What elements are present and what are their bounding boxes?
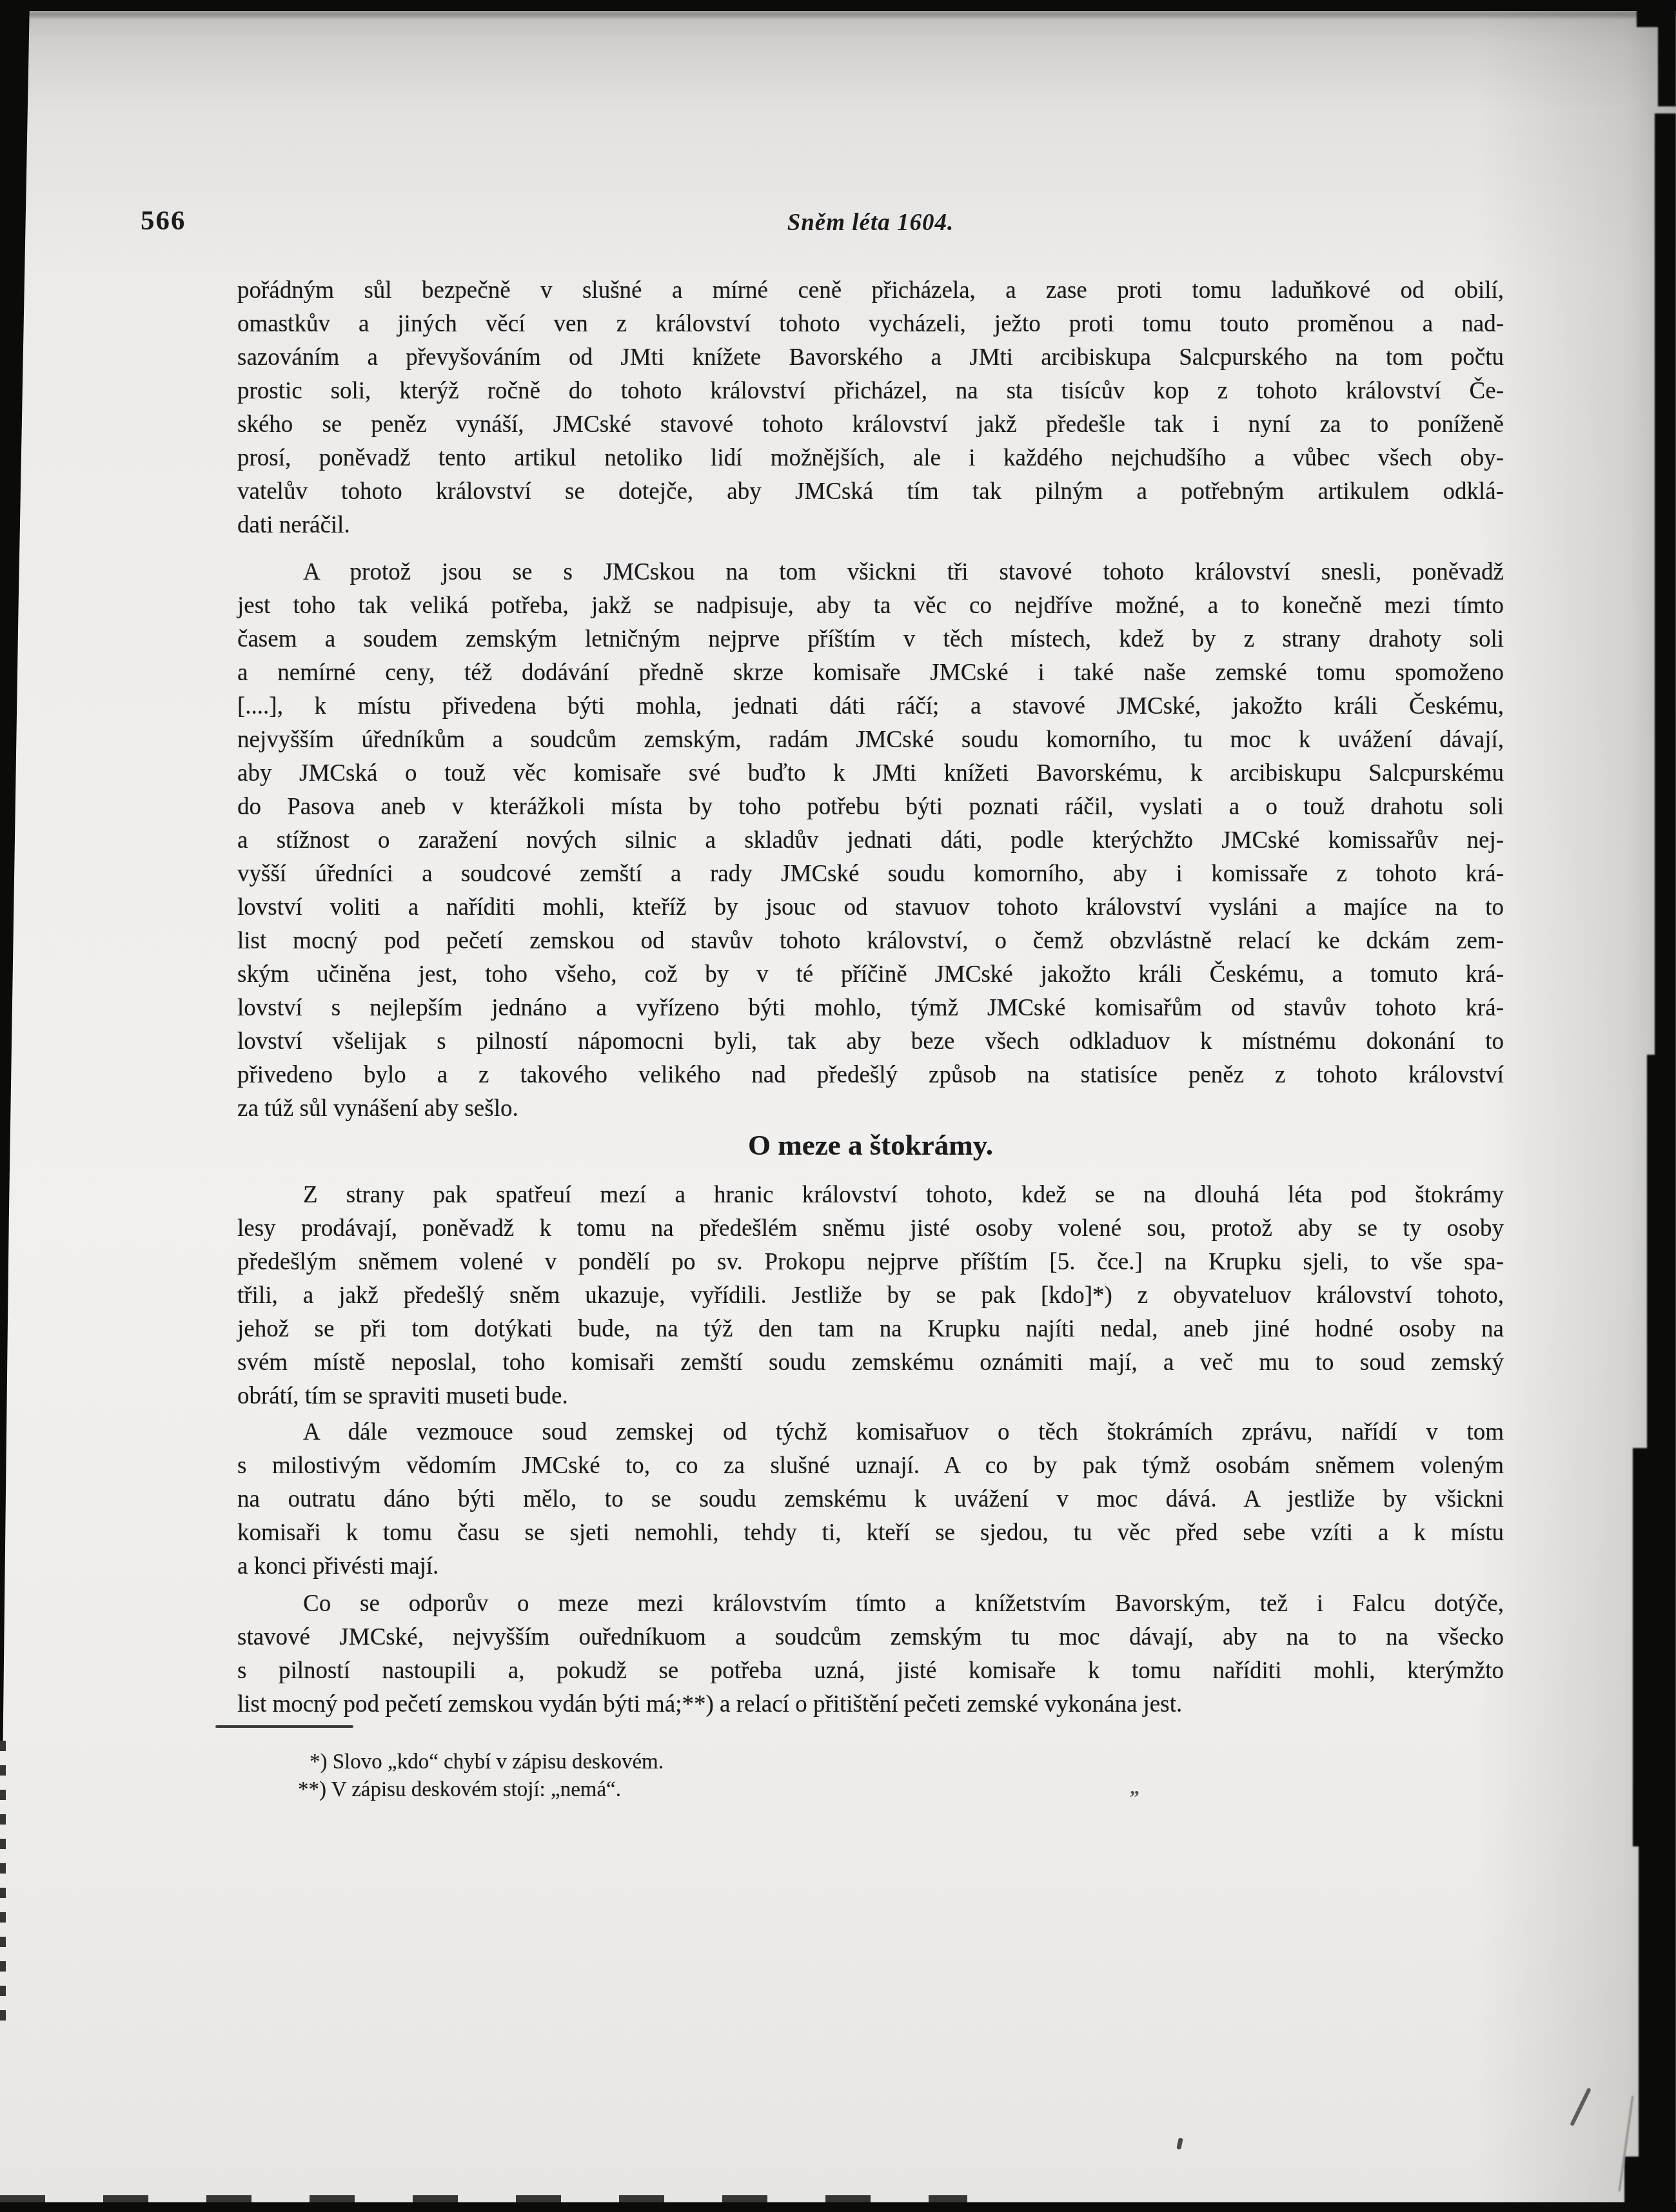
scan-artifact-right-segment	[1637, 0, 1676, 27]
scan-artifact-right-segment	[1633, 1448, 1676, 1846]
scan-artifact-bottom-edge	[0, 2202, 1676, 2212]
scan-artifact-right-segment	[1658, 26, 1676, 106]
scan-artifact-right-segment	[1655, 113, 1676, 1056]
scanned-page: 566 Sněm léta 1604. pořádným sůl bezpečn…	[0, 0, 1676, 2212]
scan-artifact-bottom-dashes	[0, 2195, 967, 2202]
scan-artifact-right-segment	[1639, 1845, 1676, 2171]
scan-artifact-right-segment	[1647, 1055, 1676, 1449]
scan-artifact-right-edge	[0, 0, 1676, 2212]
